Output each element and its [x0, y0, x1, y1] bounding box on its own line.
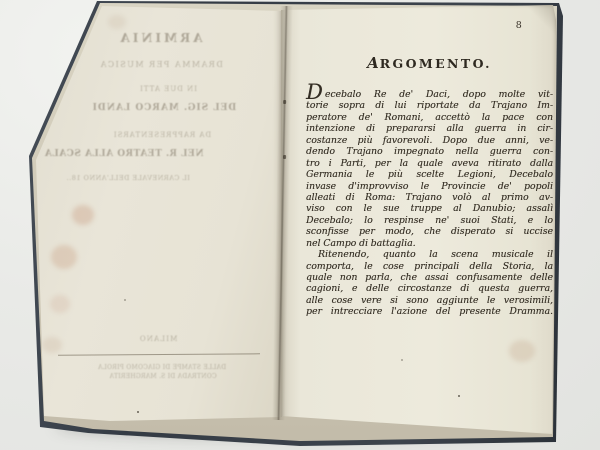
text-line: intenzione di prepararsi alla guerra in …: [306, 123, 553, 134]
text-line: Decebalo Re de' Daci, dopo molte vit-: [306, 89, 553, 100]
bleedthrough-text-line: DEL SIG. MARCO LANDI: [92, 103, 237, 113]
text-line: viso con le sue truppe al Danubio; assal…: [306, 203, 553, 214]
right-page: 8 ARGOMENTO. Decebalo Re de' Daci, dopo …: [281, 4, 557, 438]
text-line: torie sopra di lui riportate da Trajano …: [306, 100, 553, 111]
text-line: sconfisse per modo, che disperato si ucc…: [306, 226, 553, 237]
argomento-heading: ARGOMENTO.: [306, 54, 553, 72]
heading-rest: RGOMENTO.: [380, 56, 492, 71]
page-number: 8: [507, 20, 531, 31]
heading-initial: A: [367, 54, 380, 72]
text-line: quale non parla, che assai confusamente …: [306, 272, 553, 283]
ink-speck: [401, 359, 403, 361]
foxing-stain: [509, 340, 535, 362]
text-line: costanze più favorevoli. Dopo due anni, …: [306, 135, 553, 146]
bleedthrough-text-line: DALLE STAMPE DI GIACOMO PIROLA: [98, 364, 226, 371]
text-line: dendo Trajano impegnato nella guerra con…: [306, 146, 553, 157]
bleedthrough-text-line: IN DUE ATTI: [139, 85, 197, 93]
ink-speck: [137, 411, 139, 413]
foxing-stain: [72, 205, 94, 225]
text-line: nel Campo di battaglia.: [306, 238, 553, 249]
binding-stitch: [283, 155, 286, 159]
text-line: per intrecciare l'azione del presente Dr…: [306, 306, 553, 317]
open-book-photo: ARMINIADRAMMA PER MUSICAIN DUE ATTIDEL S…: [0, 0, 600, 450]
text-line: Germania le più scelte Legioni, Decebalo: [306, 169, 553, 180]
text-line: alle cose vere si sono aggiunte le veros…: [306, 295, 553, 306]
ink-speck: [124, 299, 126, 301]
text-line: tro i Parti, per la quale aveva ritirato…: [306, 158, 553, 169]
text-line: alleati di Roma: Trajano volò al primo a…: [306, 192, 553, 203]
bleedthrough-text-line: ARMINIA: [117, 31, 202, 45]
bleedthrough-text-line: MILANO: [139, 335, 178, 343]
bleedthrough-text-line: DA RAPPRESENTARSI: [113, 131, 211, 139]
foxing-stain: [108, 15, 126, 29]
text-line: invase d'improvviso le Provincie de' pop…: [306, 181, 553, 192]
text-line: peratore de' Romani, accettò la pace con: [306, 112, 553, 123]
text-line: cagioni, e delle circostanze di questa g…: [306, 283, 553, 294]
binding-stitch: [283, 100, 286, 104]
bleedthrough-text-line: CONTRADA DI S. MARGHERITA: [109, 373, 216, 380]
text-line: Decebalo; lo respinse ne' suoi Stati, e …: [306, 215, 553, 226]
foxing-stain: [51, 245, 77, 269]
foxing-stain: [42, 337, 62, 353]
bleedthrough-text-line: NEL R. TEATRO ALLA SCALA: [44, 149, 203, 159]
text-line: comporta, le cose principali della Stori…: [306, 261, 553, 272]
argomento-text: Decebalo Re de' Daci, dopo molte vit-tor…: [306, 89, 553, 318]
foxing-stain: [50, 295, 70, 313]
bleedthrough-text-line: IL CARNEVALE DELL'ANNO 18..: [66, 174, 190, 182]
ink-speck: [458, 395, 460, 397]
text-line: Ritenendo, quanto la scena musicale il: [306, 249, 553, 260]
drop-cap: D: [306, 80, 323, 104]
bleedthrough-text-line: DRAMMA PER MUSICA: [99, 60, 223, 69]
